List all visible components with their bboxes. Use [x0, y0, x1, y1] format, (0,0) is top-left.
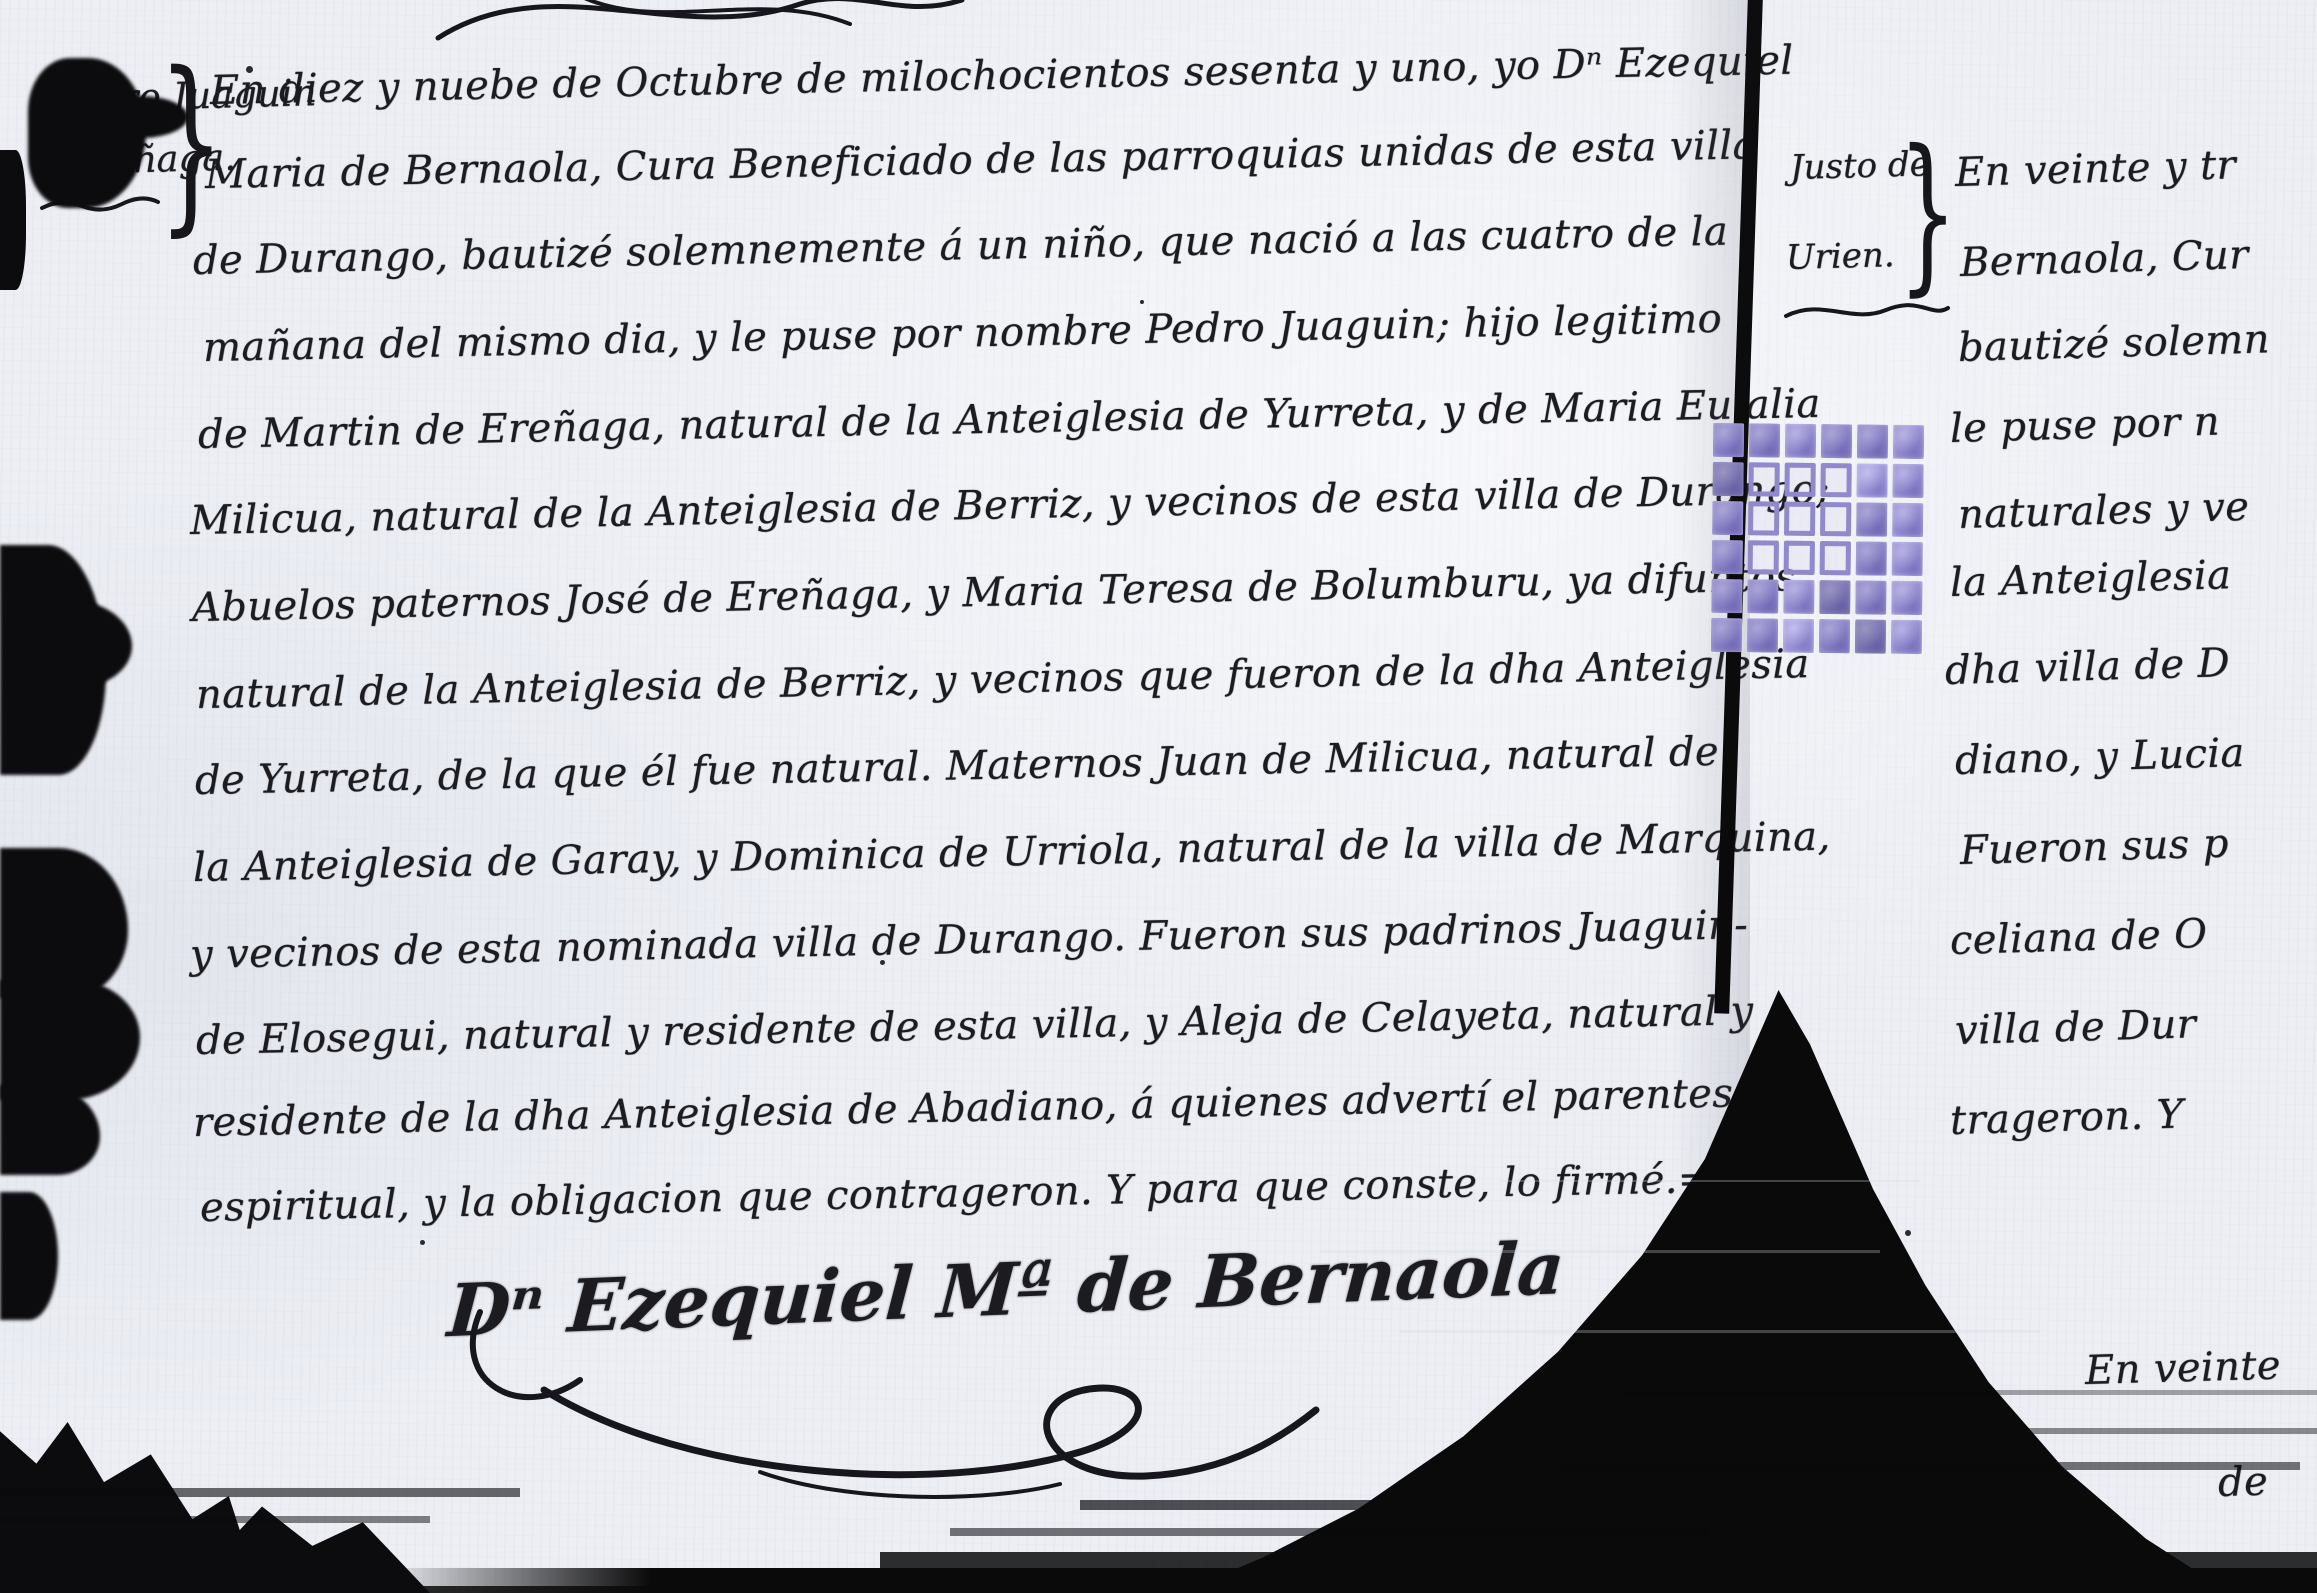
record-line: Bernaola, Cur: [1959, 232, 2249, 286]
scan-scratch: [1400, 1330, 2040, 1333]
margin-name-line2: Urien.: [1785, 235, 1895, 278]
stamp-cell: [1711, 618, 1742, 652]
record-line: mañana del mismo dia, y le puse por nomb…: [203, 296, 1723, 371]
scan-scratch: [1320, 1250, 1880, 1253]
scan-streak: [0, 1488, 520, 1497]
signature-rubric: [520, 1352, 1340, 1522]
record-line: Fueron sus p: [1959, 821, 2229, 874]
scan-streak: [2000, 1428, 2317, 1434]
stamp-cell: [1820, 541, 1851, 575]
stamp-cell: [1892, 542, 1923, 576]
ink-blot: [0, 150, 26, 290]
scan-speckle: [246, 66, 253, 73]
scan-streak: [880, 1552, 2317, 1568]
record-line: y vecinos de esta nominada villa de Dura…: [190, 902, 1749, 978]
stamp-cell: [1784, 502, 1815, 536]
scan-streak: [1080, 1500, 1640, 1510]
stamp-cell: [1856, 541, 1887, 575]
stamp-cell: [1748, 462, 1779, 496]
archive-stamp: [1711, 423, 1924, 654]
stamp-cell: [1855, 580, 1886, 614]
ink-blot: [0, 848, 128, 998]
stamp-cell: [1819, 619, 1850, 653]
record-line: la Anteiglesia: [1949, 552, 2232, 606]
scanned-baptism-register-page: Pedro Juaguin Ereñaga. } En diez y nuebe…: [0, 0, 2317, 1593]
stamp-cell: [1784, 541, 1815, 575]
stamp-cell: [1820, 502, 1851, 536]
record-line: de Elosegui, natural y residente de esta…: [196, 988, 1754, 1064]
stamp-cell: [1711, 579, 1742, 613]
stamp-cell: [1712, 462, 1743, 496]
scan-speckle: [620, 520, 625, 525]
record-line: dha villa de D: [1944, 640, 2230, 694]
stamp-cell: [1712, 501, 1743, 535]
record-line: En veinte: [2084, 1343, 2281, 1394]
scan-streak: [950, 1528, 1710, 1536]
scan-streak: [1620, 1390, 2317, 1395]
record-line: En veinte y tr: [1954, 142, 2236, 196]
stamp-cell: [1819, 580, 1850, 614]
record-line: diano, y Lucia: [1954, 730, 2245, 784]
record-line: de Durango, bautizé solemnemente á un ni…: [193, 209, 1729, 284]
record-line: trageron. Y: [1949, 1091, 2184, 1144]
record-line: Milicua, natural de la Anteiglesia de Be…: [190, 467, 1831, 544]
stamp-cell: [1713, 423, 1744, 457]
stamp-cell: [1784, 463, 1815, 497]
scan-speckle: [880, 960, 885, 965]
record-line: espiritual, y la obligacion que contrage…: [200, 1156, 1713, 1231]
record-line: Abuelos paternos José de Ereñaga, y Mari…: [192, 554, 1810, 631]
stamp-cell: [1821, 424, 1852, 458]
stamp-cell: [1893, 425, 1924, 459]
stamp-cell: [1857, 424, 1888, 458]
stamp-cell: [1891, 581, 1922, 615]
record-line: celiana de O: [1949, 911, 2208, 964]
priest-signature: Dⁿ Ezequiel Mª de Bernaola: [445, 1225, 1567, 1353]
top-flourish-stroke: [430, 0, 970, 46]
stamp-cell: [1891, 620, 1922, 654]
scan-speckle: [420, 1240, 425, 1245]
stamp-cell: [1856, 502, 1887, 536]
stamp-cell: [1892, 503, 1923, 537]
stamp-cell: [1747, 618, 1778, 652]
record-line: de Martin de Ereñaga, natural de la Ante…: [198, 381, 1822, 458]
record-line: Maria de Bernaola, Cura Beneficiado de l…: [205, 122, 1758, 198]
ink-blot: [0, 1192, 58, 1320]
stamp-cell: [1747, 579, 1778, 613]
record-line: de Yurreta, de la que él fue natural. Ma…: [195, 729, 1720, 804]
stamp-cell: [1785, 424, 1816, 458]
record-line: bautizé solemn: [1957, 316, 2270, 371]
stamp-cell: [1820, 463, 1851, 497]
ink-blot: [0, 1085, 100, 1175]
ink-blot: [12, 600, 132, 688]
stamp-cell: [1749, 423, 1780, 457]
scan-speckle: [1905, 1230, 1911, 1236]
record-line: naturales y ve: [1957, 484, 2249, 538]
stamp-cell: [1892, 464, 1923, 498]
scan-streak: [0, 1516, 430, 1523]
stamp-cell: [1856, 463, 1887, 497]
scan-speckle: [1140, 300, 1144, 304]
stamp-cell: [1748, 540, 1779, 574]
stamp-cell: [1855, 619, 1886, 653]
record-line: natural de la Anteiglesia de Berriz, y v…: [196, 641, 1810, 718]
scan-scratch: [1500, 1180, 1920, 1182]
margin-underline-flourish: [1782, 300, 1952, 326]
stamp-cell: [1783, 580, 1814, 614]
record-line: la Anteiglesia de Garay, y Dominica de U…: [193, 814, 1831, 891]
record-line: residente de la dha Anteiglesia de Abadi…: [193, 1070, 1781, 1146]
stamp-cell: [1712, 540, 1743, 574]
stamp-cell: [1748, 501, 1779, 535]
ink-blot: [0, 980, 140, 1100]
record-line: le puse por n: [1949, 398, 2220, 452]
stamp-cell: [1783, 619, 1814, 653]
entry-brace-right: }: [1898, 128, 1957, 298]
scan-streak: [1560, 1462, 2300, 1470]
record-line: villa de Dur: [1954, 1001, 2196, 1054]
ink-blot: [92, 96, 188, 138]
record-line: En diez y nuebe de Octubre de milochocie…: [210, 38, 1794, 114]
